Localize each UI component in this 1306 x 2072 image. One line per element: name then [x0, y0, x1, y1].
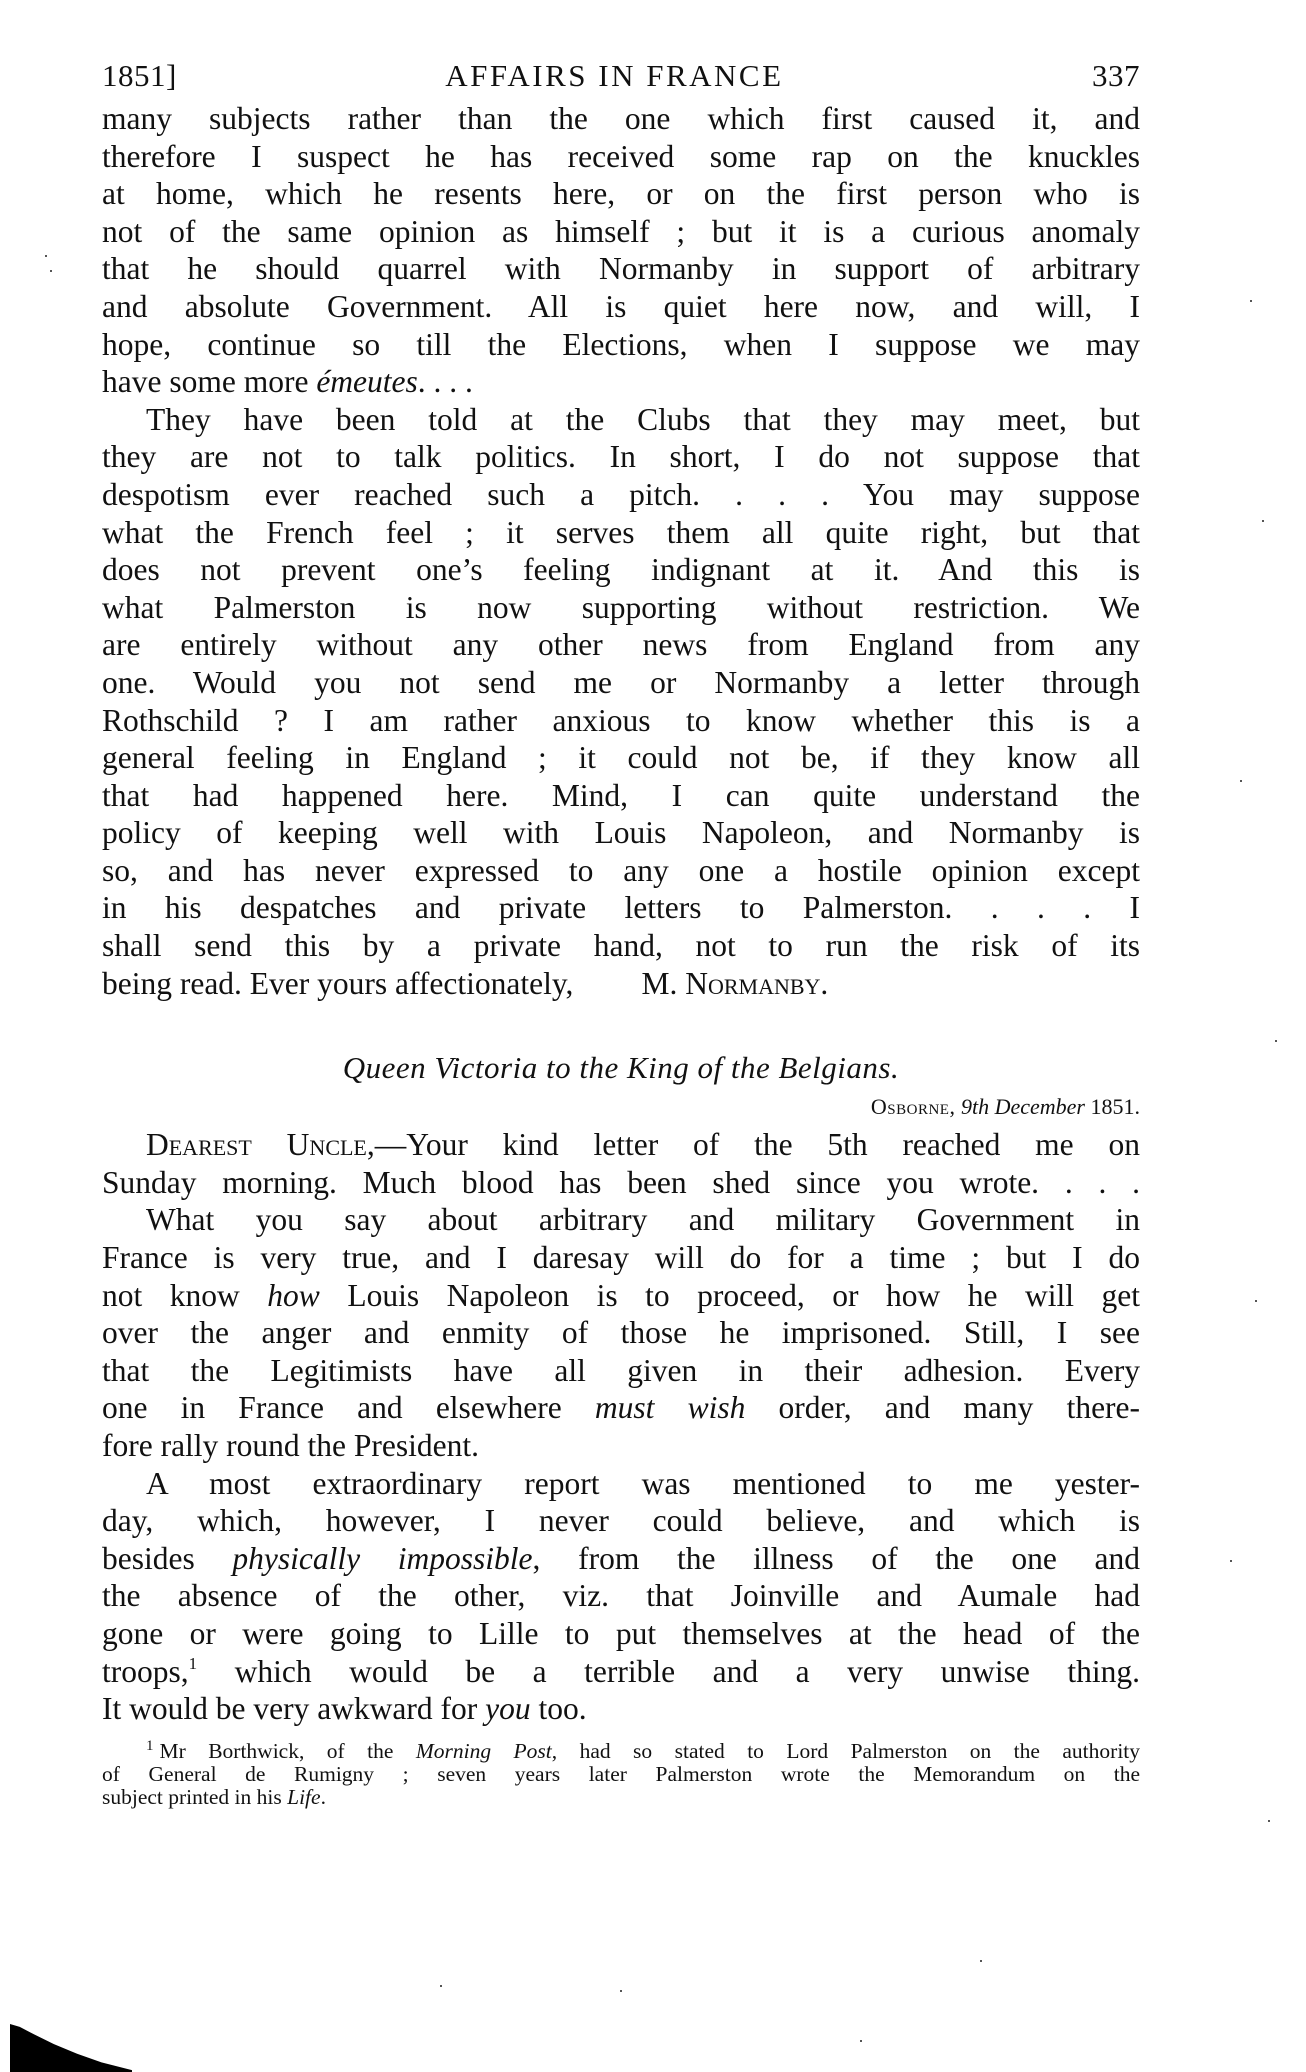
text-line: France is very true, and I daresay will … [102, 1239, 1140, 1277]
letter-queen-victoria: Dearest Uncle,—Your kind letter of the 5… [102, 1126, 1140, 1728]
text-line: not of the same opinion as himself ; but… [102, 213, 1140, 251]
text-line: one. Would you not send me or Normanby a… [102, 664, 1140, 702]
text-line: besides physically impossible, from the … [102, 1540, 1140, 1578]
text-line: over the anger and enmity of those he im… [102, 1314, 1140, 1352]
footnote-mark: 1 [146, 1738, 154, 1754]
text-line: policy of keeping well with Louis Napole… [102, 814, 1140, 852]
text-line: They have been told at the Clubs that th… [102, 401, 1140, 439]
page-number: 337 [1092, 56, 1140, 96]
running-head: 1851] AFFAIRS IN FRANCE 337 [102, 56, 1140, 100]
text-line: troops,1 which would be a terrible and a… [102, 1653, 1140, 1691]
footnote-line: 1Mr Borthwick, of the Morning Post, had … [102, 1740, 1140, 1763]
letter-normanby-continuation: many subjects rather than the one which … [102, 100, 1140, 1002]
italic-emeutes: émeutes [316, 364, 417, 399]
dateline-year: 1851. [1091, 1094, 1141, 1119]
text-line: what the French feel ; it serves them al… [102, 514, 1140, 552]
text-line: Dearest Uncle,—Your kind letter of the 5… [102, 1126, 1140, 1164]
text-line: that he should quarrel with Normanby in … [102, 250, 1140, 288]
running-head-title: AFFAIRS IN FRANCE [445, 56, 783, 96]
running-head-year: 1851] [102, 56, 177, 96]
letter-heading: Queen Victoria to the King of the Belgia… [102, 1048, 1140, 1088]
text-line: have some more émeutes. . . . [102, 363, 1140, 401]
text-line: what Palmerston is now supporting withou… [102, 589, 1140, 627]
text-line: one in France and elsewhere must wish or… [102, 1389, 1140, 1427]
text-line: What you say about arbitrary and militar… [102, 1201, 1140, 1239]
text-line: Sunday morning. Much blood has been shed… [102, 1164, 1140, 1202]
salutation: Dearest Uncle, [146, 1127, 375, 1162]
signature: M. Normanby. [641, 966, 828, 1001]
text-line: general feeling in England ; it could no… [102, 739, 1140, 777]
text-line: are entirely without any other news from… [102, 626, 1140, 664]
text-line: they are not to talk politics. In short,… [102, 438, 1140, 476]
scan-shadow-corner [10, 2024, 132, 2072]
text-line: not know how Louis Napoleon is to procee… [102, 1277, 1140, 1315]
text-line: so, and has never expressed to any one a… [102, 852, 1140, 890]
text-line: at home, which he resents here, or on th… [102, 175, 1140, 213]
text-line: fore rally round the President. [102, 1427, 1140, 1465]
footnote-reference: 1 [189, 1654, 198, 1673]
text-line: the absence of the other, viz. that Join… [102, 1577, 1140, 1615]
text-line: therefore I suspect he has received some… [102, 138, 1140, 176]
footnote-line: subject printed in his Life. [102, 1786, 1140, 1809]
text-line: day, which, however, I never could belie… [102, 1502, 1140, 1540]
dateline-month: December [995, 1094, 1085, 1119]
dateline: Osborne, 9th December 1851. [102, 1092, 1140, 1126]
text-line: It would be very awkward for you too. [102, 1690, 1140, 1728]
text-line: many subjects rather than the one which … [102, 100, 1140, 138]
text-line: A most extraordinary report was mentione… [102, 1465, 1140, 1503]
text-line: in his despatches and private letters to… [102, 889, 1140, 927]
text-line: and absolute Government. All is quiet he… [102, 288, 1140, 326]
closing-line: being read. Ever yours affectionately,M.… [102, 965, 1140, 1003]
text-line: shall send this by a private hand, not t… [102, 927, 1140, 965]
text-line: despotism ever reached such a pitch. . .… [102, 476, 1140, 514]
text-line: that the Legitimists have all given in t… [102, 1352, 1140, 1390]
text-line: that had happened here. Mind, I can quit… [102, 777, 1140, 815]
footnote-line: of General de Rumigny ; seven years late… [102, 1763, 1140, 1786]
text-line: does not prevent one’s feeling indignant… [102, 551, 1140, 589]
dateline-day: 9th [961, 1094, 989, 1119]
dateline-place: Osborne, [871, 1094, 956, 1119]
text-line: Rothschild ? I am rather anxious to know… [102, 702, 1140, 740]
text-line: hope, continue so till the Elections, wh… [102, 326, 1140, 364]
book-page: 1851] AFFAIRS IN FRANCE 337 many subject… [102, 56, 1140, 1809]
text-line: gone or were going to Lille to put thems… [102, 1615, 1140, 1653]
footnote: 1Mr Borthwick, of the Morning Post, had … [102, 1740, 1140, 1809]
